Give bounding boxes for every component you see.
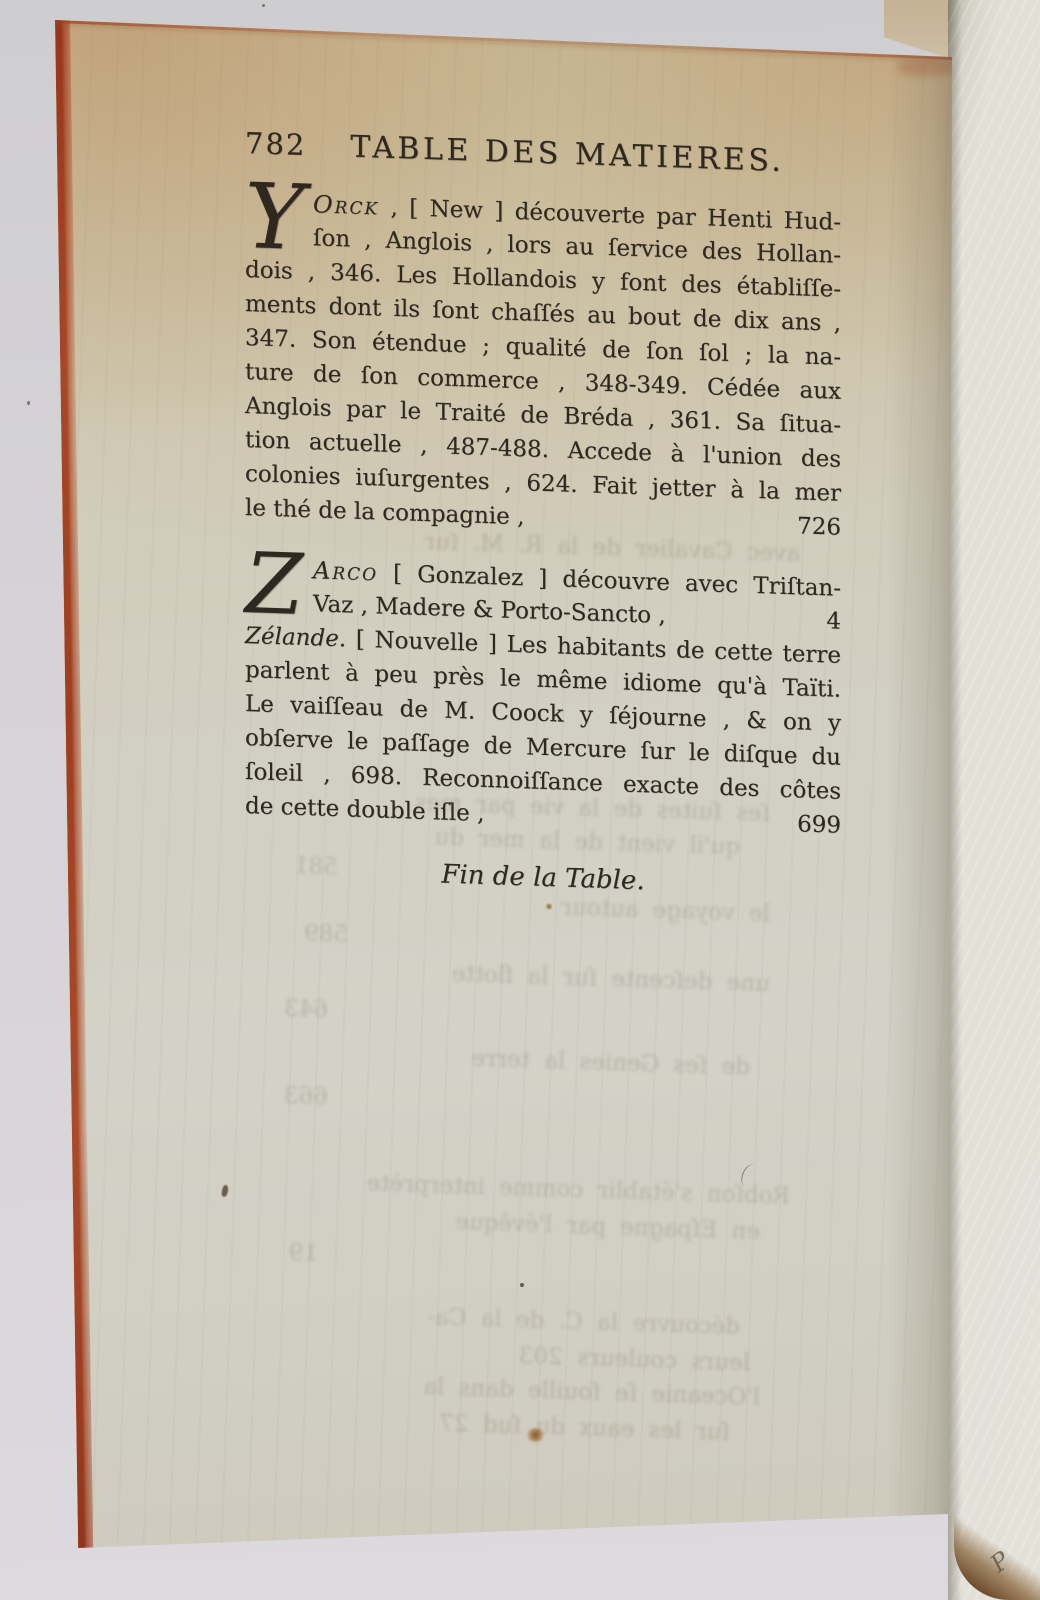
index-entry: YOrck , [ New ] découverte par Henti Hud… — [245, 185, 841, 545]
ghost-line: en Eſpagne par l'évêque — [300, 1204, 760, 1244]
page-reference-number: 4 — [826, 604, 841, 638]
ghost-line: leurs couleurs 203 — [410, 1340, 750, 1377]
ghost-line: 663 — [258, 1082, 328, 1110]
ghost-line: 643 — [258, 995, 328, 1023]
book-block-edge-wedge — [884, 0, 954, 60]
foxing-stain — [527, 1428, 544, 1442]
printed-text-block: 782 TABLE DES MATIERES. YOrck , [ New ] … — [245, 126, 841, 903]
book-page: avec Cavalier de la R. M. ſurſes ſuites … — [40, 14, 958, 1554]
gutter-shadow — [886, 14, 958, 1554]
ghost-line: une deſcente ſur la flotte — [300, 956, 770, 997]
page-reference-number: 726 — [797, 509, 841, 544]
drop-cap: Z — [245, 553, 305, 621]
ghost-line: Robſon s'établir comme interprète — [300, 1168, 790, 1209]
dust-speck — [27, 401, 30, 405]
ghost-line: 19 — [258, 1239, 318, 1267]
ghost-line: 589 — [258, 919, 348, 948]
foxing-stain — [545, 903, 553, 910]
index-entries: YOrck , [ New ] découverte par Henti Hud… — [245, 185, 841, 843]
page-reference-number: 699 — [797, 807, 841, 842]
ghost-line: de ſes Genies la terre — [300, 1040, 750, 1080]
drop-cap: Y — [245, 187, 305, 255]
ghost-line: l'Oceanie ſe fouille dans la — [300, 1370, 760, 1410]
foxing-stain — [520, 1283, 524, 1287]
ghost-line: découvre la C. de la Ca- — [300, 1300, 740, 1340]
dust-speck — [262, 4, 265, 7]
index-entry: ZArco [ Gonzalez ] découvre avec Triſtan… — [245, 551, 841, 843]
page-number: 782 — [245, 126, 306, 162]
facing-page: P — [948, 0, 1040, 1600]
